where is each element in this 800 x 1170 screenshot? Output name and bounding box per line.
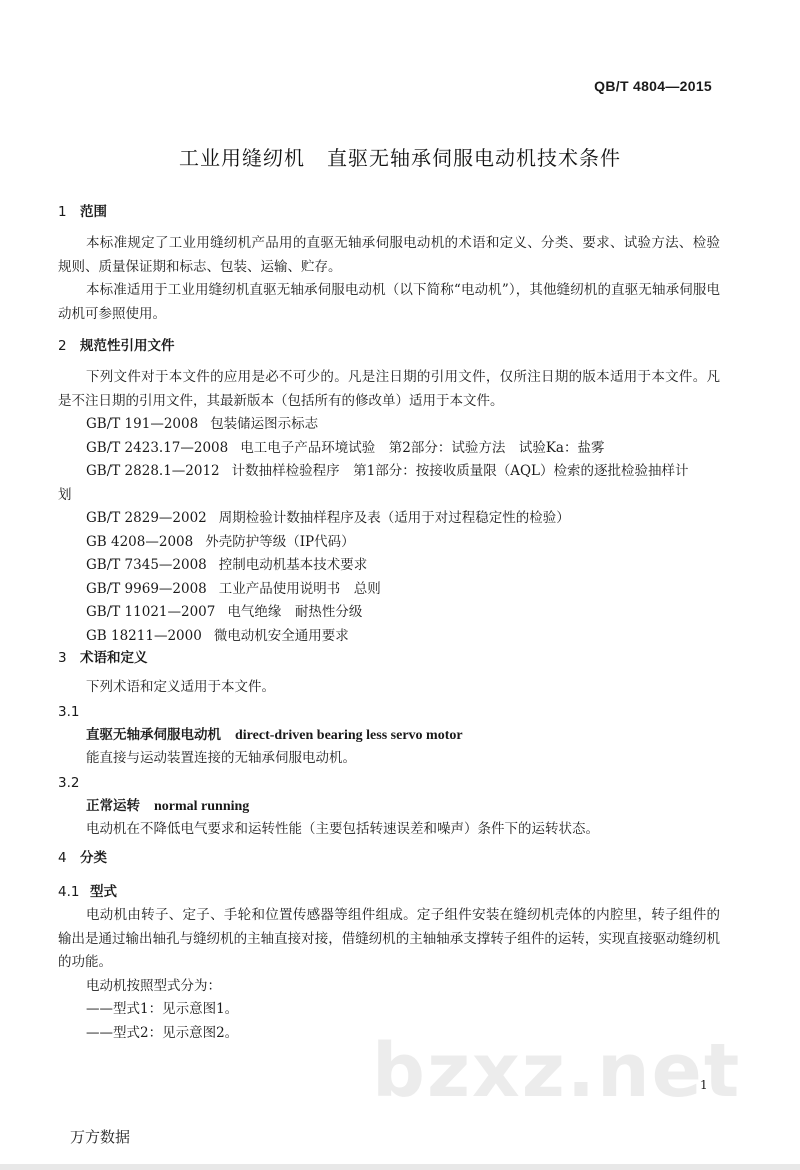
term-heading: 正常运转normal running — [0, 795, 800, 819]
reference-item: GB/T 2423.17—2008电工电子产品环境试验 第2部分：试验方法 试验… — [0, 437, 800, 461]
section-1-scope: 1范围 本标准规定了工业用缝纫机产品用的直驱无轴承伺服电动机的术语和定义、分类、… — [0, 200, 800, 326]
section-3-terms-definitions: 3术语和定义 下列术语和定义适用于本文件。 3.1 直驱无轴承伺服电动机dire… — [0, 646, 800, 842]
title-part-2: 直驱无轴承伺服电动机技术条件 — [327, 146, 621, 170]
section-heading: 2规范性引用文件 — [0, 334, 800, 358]
paragraph: 下列术语和定义适用于本文件。 — [0, 676, 800, 700]
section-heading: 4分类 — [0, 846, 800, 870]
subsection-heading: 4.1型式 — [0, 880, 800, 904]
term-heading: 直驱无轴承伺服电动机direct-driven bearing less ser… — [0, 724, 800, 748]
term-definition: 电动机在不降低电气要求和运转性能（主要包括转速误差和噪声）条件下的运转状态。 — [0, 818, 800, 842]
list-item: ——型式1：见示意图1。 — [0, 998, 800, 1022]
reference-item: GB/T 2829—2002周期检验计数抽样程序及表（适用于对过程稳定性的检验） — [0, 507, 800, 531]
reference-item-continuation: 划 — [0, 484, 800, 508]
reference-item: GB/T 7345—2008控制电动机基本技术要求 — [0, 554, 800, 578]
source-label: 万方数据 — [70, 1126, 130, 1147]
term-definition: 能直接与运动装置连接的无轴承伺服电动机。 — [0, 747, 800, 771]
paragraph: 本标准适用于工业用缝纫机直驱无轴承伺服电动机（以下简称“电动机”），其他缝纫机的… — [0, 279, 800, 326]
page-bottom-edge — [0, 1164, 800, 1170]
reference-item: GB 4208—2008外壳防护等级（IP代码） — [0, 531, 800, 555]
reference-item: GB 18211—2000微电动机安全通用要求 — [0, 625, 800, 649]
page-number: 1 — [700, 1078, 708, 1092]
title-part-1: 工业用缝纫机 — [179, 146, 305, 170]
section-heading: 3术语和定义 — [0, 646, 800, 670]
paragraph: 本标准规定了工业用缝纫机产品用的直驱无轴承伺服电动机的术语和定义、分类、要求、试… — [0, 232, 800, 279]
document-page: QB/T 4804—2015 工业用缝纫机直驱无轴承伺服电动机技术条件 1范围 … — [0, 0, 800, 1170]
reference-item: GB/T 2828.1—2012计数抽样检验程序 第1部分：按接收质量限（AQL… — [0, 460, 800, 484]
standard-code: QB/T 4804—2015 — [594, 78, 712, 94]
reference-item: GB/T 11021—2007电气绝缘 耐热性分级 — [0, 601, 800, 625]
watermark: bzxz.net — [372, 1028, 741, 1114]
term-number: 3.2 — [0, 771, 800, 795]
reference-item: GB/T 191—2008包装储运图示标志 — [0, 413, 800, 437]
paragraph: 下列文件对于本文件的应用是必不可少的。凡是注日期的引用文件，仅所注日期的版本适用… — [0, 366, 800, 413]
term-number: 3.1 — [0, 700, 800, 724]
document-title: 工业用缝纫机直驱无轴承伺服电动机技术条件 — [0, 142, 800, 171]
reference-item: GB/T 9969—2008工业产品使用说明书 总则 — [0, 578, 800, 602]
section-heading: 1范围 — [0, 200, 800, 224]
paragraph: 电动机按照型式分为： — [0, 975, 800, 999]
section-2-normative-references: 2规范性引用文件 下列文件对于本文件的应用是必不可少的。凡是注日期的引用文件，仅… — [0, 334, 800, 648]
paragraph: 电动机由转子、定子、手轮和位置传感器等组件组成。定子组件安装在缝纫机壳体的内腔里… — [0, 904, 800, 975]
section-4-classification: 4分类 4.1型式 电动机由转子、定子、手轮和位置传感器等组件组成。定子组件安装… — [0, 846, 800, 1045]
